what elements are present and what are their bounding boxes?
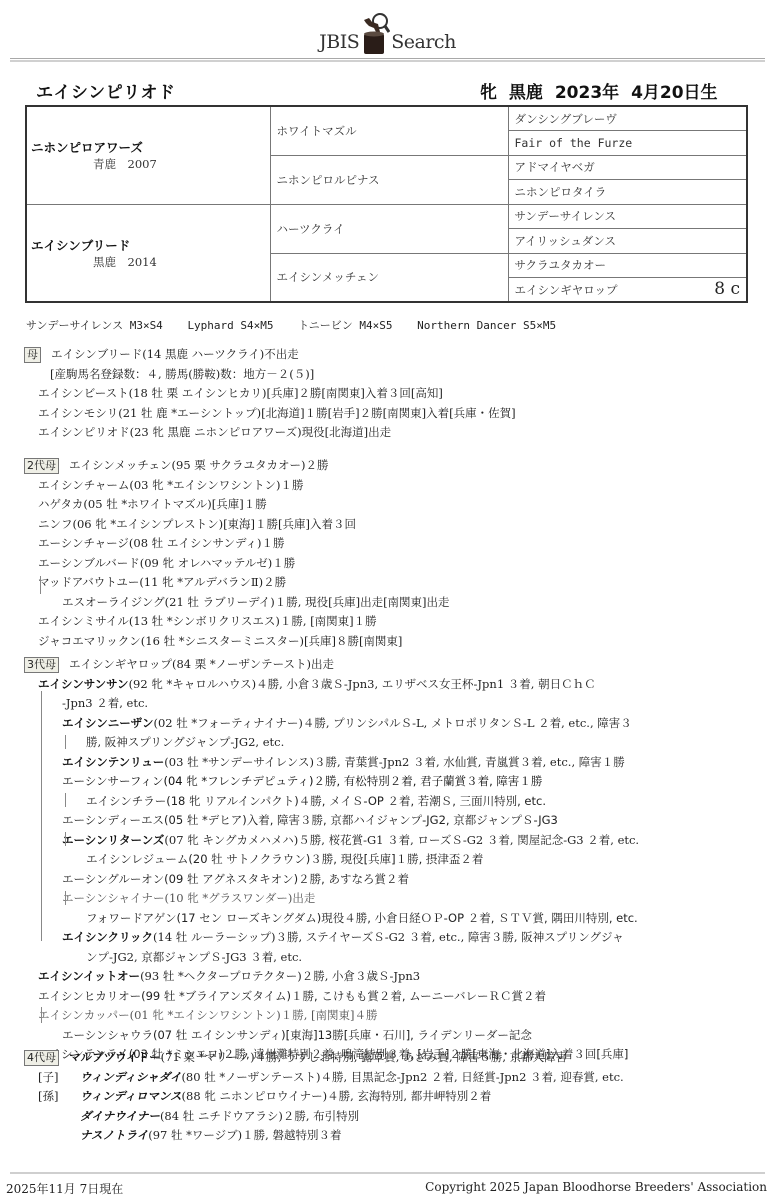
dd-sire-cell[interactable]: サクラユタカオー <box>508 253 747 278</box>
logo-text-jbis: JBIS <box>319 33 359 52</box>
record-text: (03 牡 *サンデーサイレンス)３勝, 青葉賞-Jpn2 ３着, 水仙賞, 青… <box>164 755 624 769</box>
record-text: (88 牝 ニホンピロウイナー)４勝, 玄海特別, 都井岬特別２着 <box>182 1089 492 1103</box>
record-text: (93 牡 *ヘクタープロテクター)２勝, 小倉３歳Ｓ-Jpn3 <box>140 969 420 983</box>
progeny-line: ニンフ(06 牝 *エイシンプレストン)[東海]１勝[兵庫]入着３回 <box>24 515 450 535</box>
dam-info: 黒鹿 2014 <box>31 254 270 270</box>
inbreeding-item: トニービン M4×S5 <box>298 319 392 332</box>
progeny-line: エーシンサーフィン(04 牝 *フレンチデピュティ)２勝, 有松特別２着, 君子… <box>24 772 639 792</box>
black-type-name: エイシンニーザン <box>62 716 153 730</box>
family-number: 8 c <box>714 279 740 299</box>
sire-info: 青鹿 2007 <box>31 156 270 172</box>
record-text: (14 牡 ルーラーシップ)３勝, ステイヤーズＳ-G2 ３着, etc., 障… <box>153 930 624 944</box>
dam-produce-stats: [産駒馬名登録数：４, 勝馬(勝鞍)数：地方－２(５)] <box>24 365 516 385</box>
progeny-line: エーシンシャイナー(10 牝 *グラスワンダー)出走 <box>24 889 639 909</box>
tree-connector <box>65 735 66 749</box>
inbreeding-item: サンデーサイレンス M3×S4 <box>26 319 163 332</box>
ss-sire-cell[interactable]: ダンシングブレーヴ <box>508 106 747 131</box>
relation-label: [孫] <box>24 1087 80 1107</box>
ds-sire-cell[interactable]: サンデーサイレンス <box>508 204 747 229</box>
black-type-name: エイシンイットオー <box>38 969 140 983</box>
third-dam-badge: 3代母 <box>24 657 59 673</box>
progeny-line: エイシンチャーム(03 牝 *エイシンワシントン)１勝 <box>24 476 450 496</box>
second-dam-heading: エイシンメッチェン(95 栗 サクラユタカオー)２勝 <box>69 458 328 472</box>
progeny-line: フォワードアゲン(17 セン ローズキングダム)現役４勝, 小倉日経ＯＰ-OP … <box>24 909 639 929</box>
black-type-name: エイシンサンサン <box>38 677 129 691</box>
sire-cell[interactable]: ニホンピロアワーズ 青鹿 2007 <box>26 106 270 204</box>
dam-cell[interactable]: エイシンブリード 黒鹿 2014 <box>26 204 270 302</box>
tree-connector <box>41 1007 42 1023</box>
horse-profile: 牝 黒鹿 2023年 4月20日生 <box>480 78 718 103</box>
fourth-dam-badge: 4代母 <box>24 1050 59 1066</box>
sire-name[interactable]: ニホンピロアワーズ <box>31 138 270 156</box>
record-continuation: -Jpn3 ２着, etc. <box>24 694 639 714</box>
progeny-line: エイシンヒカリオー(99 牡 *ブライアンズタイム)１勝, こけもも賞２着, ム… <box>24 987 639 1007</box>
progeny-line: エスオーライジング(21 牡 ラブリーデイ)１勝, 現役[兵庫]出走[南関東]出… <box>24 593 450 613</box>
record-text: (02 牡 *フォーティナイナー)４勝, プリンシパルＳ-L, メトロポリタンＳ… <box>153 716 631 730</box>
black-type-name: ウィンディロマンス <box>80 1089 182 1103</box>
record-text: (71 栗 *マリーノ)４勝, うずしお特別, 露草賞, あざみ賞, 障害５勝,… <box>161 1050 568 1064</box>
jbis-search-logo[interactable]: JBIS Search <box>0 0 775 56</box>
second-dam-section: 2代母エイシンメッチェン(95 栗 サクラユタカオー)２勝 エイシンチャーム(0… <box>24 456 450 651</box>
black-type-name: ウィンディシャダイ <box>80 1070 181 1084</box>
fourth-dam-section: 4代母マルブツウイドー(71 栗 *マリーノ)４勝, うずしお特別, 露草賞, … <box>24 1048 624 1146</box>
horse-color: 黒鹿 <box>509 83 543 103</box>
record-text: (92 牝 *キャロルハウス)４勝, 小倉３歳Ｓ-Jpn3, エリザベス女王杯-… <box>129 677 596 691</box>
ss-dam-cell[interactable]: Fair of the Furze <box>508 131 747 156</box>
footer-divider <box>10 1172 765 1174</box>
progeny-line: エイシンミサイル(13 牡 *シンボリクリスエス)１勝, [南関東]１勝 <box>24 612 450 632</box>
sd-sire-cell[interactable]: アドマイヤベガ <box>508 155 747 180</box>
progeny-line: エイシンチラー(18 牝 リアルインパクト)４勝, メイＳ-OP ２着, 若潮Ｓ… <box>24 792 639 812</box>
dam-heading: エイシンブリード(14 黒鹿 ハーツクライ)不出走 <box>51 347 299 361</box>
horse-name: エイシンピリオド <box>36 78 175 103</box>
horse-sex: 牝 <box>480 83 497 103</box>
record-continuation: ンプ-JG2, 京都ジャンプＳ-JG3 ３着, etc. <box>24 948 639 968</box>
sire-dam-cell[interactable]: ニホンピロルピナス <box>270 155 508 204</box>
black-type-name: エーシンリターンズ <box>62 833 164 847</box>
black-type-name: エイシンテンリュー <box>62 755 164 769</box>
tree-connector <box>41 691 42 941</box>
black-type-name: エイシンクリック <box>62 930 153 944</box>
tree-connector <box>65 832 66 846</box>
horse-birthdate: 2023年 4月20日生 <box>555 83 718 103</box>
copyright: Copyright 2025 Japan Bloodhorse Breeders… <box>425 1180 767 1194</box>
black-type-name: マルブツウイドー <box>69 1050 161 1064</box>
dd-dam-cell[interactable]: エイシンギヤロップ 8 c <box>508 278 747 303</box>
dam-sire-cell[interactable]: ハーツクライ <box>270 204 508 253</box>
progeny-line: エーシングルーオン(09 牡 アグネスタキオン)２勝, あすなろ賞２着 <box>24 870 639 890</box>
as-of-date: 2025年11月 7日現在 <box>6 1180 123 1197</box>
progeny-line: エーシンディーエス(05 牡 *デヒア)入着, 障害３勝, 京都ハイジャンプ-J… <box>24 811 639 831</box>
header-divider <box>10 58 765 62</box>
horse-magnifier-icon <box>360 10 390 56</box>
progeny-line: マッドアバウトユー(11 牝 *アルデバランⅡ)２勝 <box>24 573 450 593</box>
progeny-line: エーシンブルバード(09 牝 オレハマッテルゼ)１勝 <box>24 554 450 574</box>
third-dam-section: 3代母エイシンギヤロップ(84 栗 *ノーザンテースト)出走 エイシンサンサン(… <box>24 655 639 1065</box>
progeny-line: エイシンピリオド(23 牝 黒鹿 ニホンピロアワーズ)現役[北海道]出走 <box>24 423 516 443</box>
progeny-line: ジャコエマリックン(16 牡 *シニスターミニスター)[兵庫]８勝[南関東] <box>24 632 450 652</box>
dam-family-section: 母エイシンブリード(14 黒鹿 ハーツクライ)不出走 [産駒馬名登録数：４, 勝… <box>24 345 516 443</box>
black-type-name: ダイナウイナー <box>80 1109 160 1123</box>
record-text: (07 牝 キングカメハメハ)５勝, 桜花賞-G1 ３着, ローズＳ-G2 ３着… <box>164 833 639 847</box>
progeny-line: エイシンモシリ(21 牡 鹿 *エーシントップ)[北海道]１勝[岩手]２勝[南関… <box>24 404 516 424</box>
dam-badge: 母 <box>24 347 41 363</box>
progeny-line: エーシンシャウラ(07 牡 エイシンサンディ)[東海]13勝[兵庫・石川], ラ… <box>24 1026 639 1046</box>
record-text: (80 牡 *ノーザンテースト)４勝, 目黒記念-Jpn2 ２着, 日経賞-Jp… <box>181 1070 623 1084</box>
sire-sire-cell[interactable]: ホワイトマズル <box>270 106 508 155</box>
inbreeding-summary: サンデーサイレンス M3×S4 Lyphard S4×M5 トニービン M4×S… <box>26 317 574 333</box>
record-text: (97 牡 *ワージブ)１勝, 磐越特別３着 <box>148 1128 341 1142</box>
second-dam-badge: 2代母 <box>24 458 59 474</box>
progeny-line: ハゲタカ(05 牡 *ホワイトマズル)[兵庫]１勝 <box>24 495 450 515</box>
record-continuation: 勝, 阪神スプリングジャンプ-JG2, etc. <box>24 733 639 753</box>
sd-dam-cell[interactable]: ニホンピロタイラ <box>508 180 747 205</box>
pedigree-table: ニホンピロアワーズ 青鹿 2007 ホワイトマズル ダンシングブレーヴ Fair… <box>25 105 748 303</box>
dam-name[interactable]: エイシンブリード <box>31 236 270 254</box>
tree-connector <box>40 576 41 594</box>
third-dam-heading: エイシンギヤロップ(84 栗 *ノーザンテースト)出走 <box>69 657 334 671</box>
dd-dam-name[interactable]: エイシンギヤロップ <box>515 283 618 297</box>
inbreeding-item: Lyphard S4×M5 <box>187 319 273 332</box>
tree-connector <box>65 793 66 807</box>
logo-text-search: Search <box>391 33 456 52</box>
relation-label: [子] <box>24 1068 80 1088</box>
tree-connector <box>65 891 66 905</box>
dam-dam-cell[interactable]: エイシンメッチェン <box>270 253 508 302</box>
progeny-line: エイシンカッパー(01 牝 *エイシンワシントン)１勝, [南関東]４勝 <box>24 1006 639 1026</box>
inbreeding-item: Northern Dancer S5×M5 <box>417 319 556 332</box>
ds-dam-cell[interactable]: アイリッシュダンス <box>508 229 747 254</box>
progeny-line: エイシンレジューム(20 牡 サトノクラウン)３勝, 現役[兵庫]１勝, 摂津盃… <box>24 850 639 870</box>
black-type-name: ナスノトライ <box>80 1128 148 1142</box>
progeny-line: エイシンビースト(18 牡 栗 エイシンヒカリ)[兵庫]２勝[南関東]入着３回[… <box>24 384 516 404</box>
record-text: (84 牡 ニチドウアラシ)２勝, 布引特別 <box>160 1109 359 1123</box>
progeny-line: エーシンチャージ(08 牡 エイシンサンディ)１勝 <box>24 534 450 554</box>
